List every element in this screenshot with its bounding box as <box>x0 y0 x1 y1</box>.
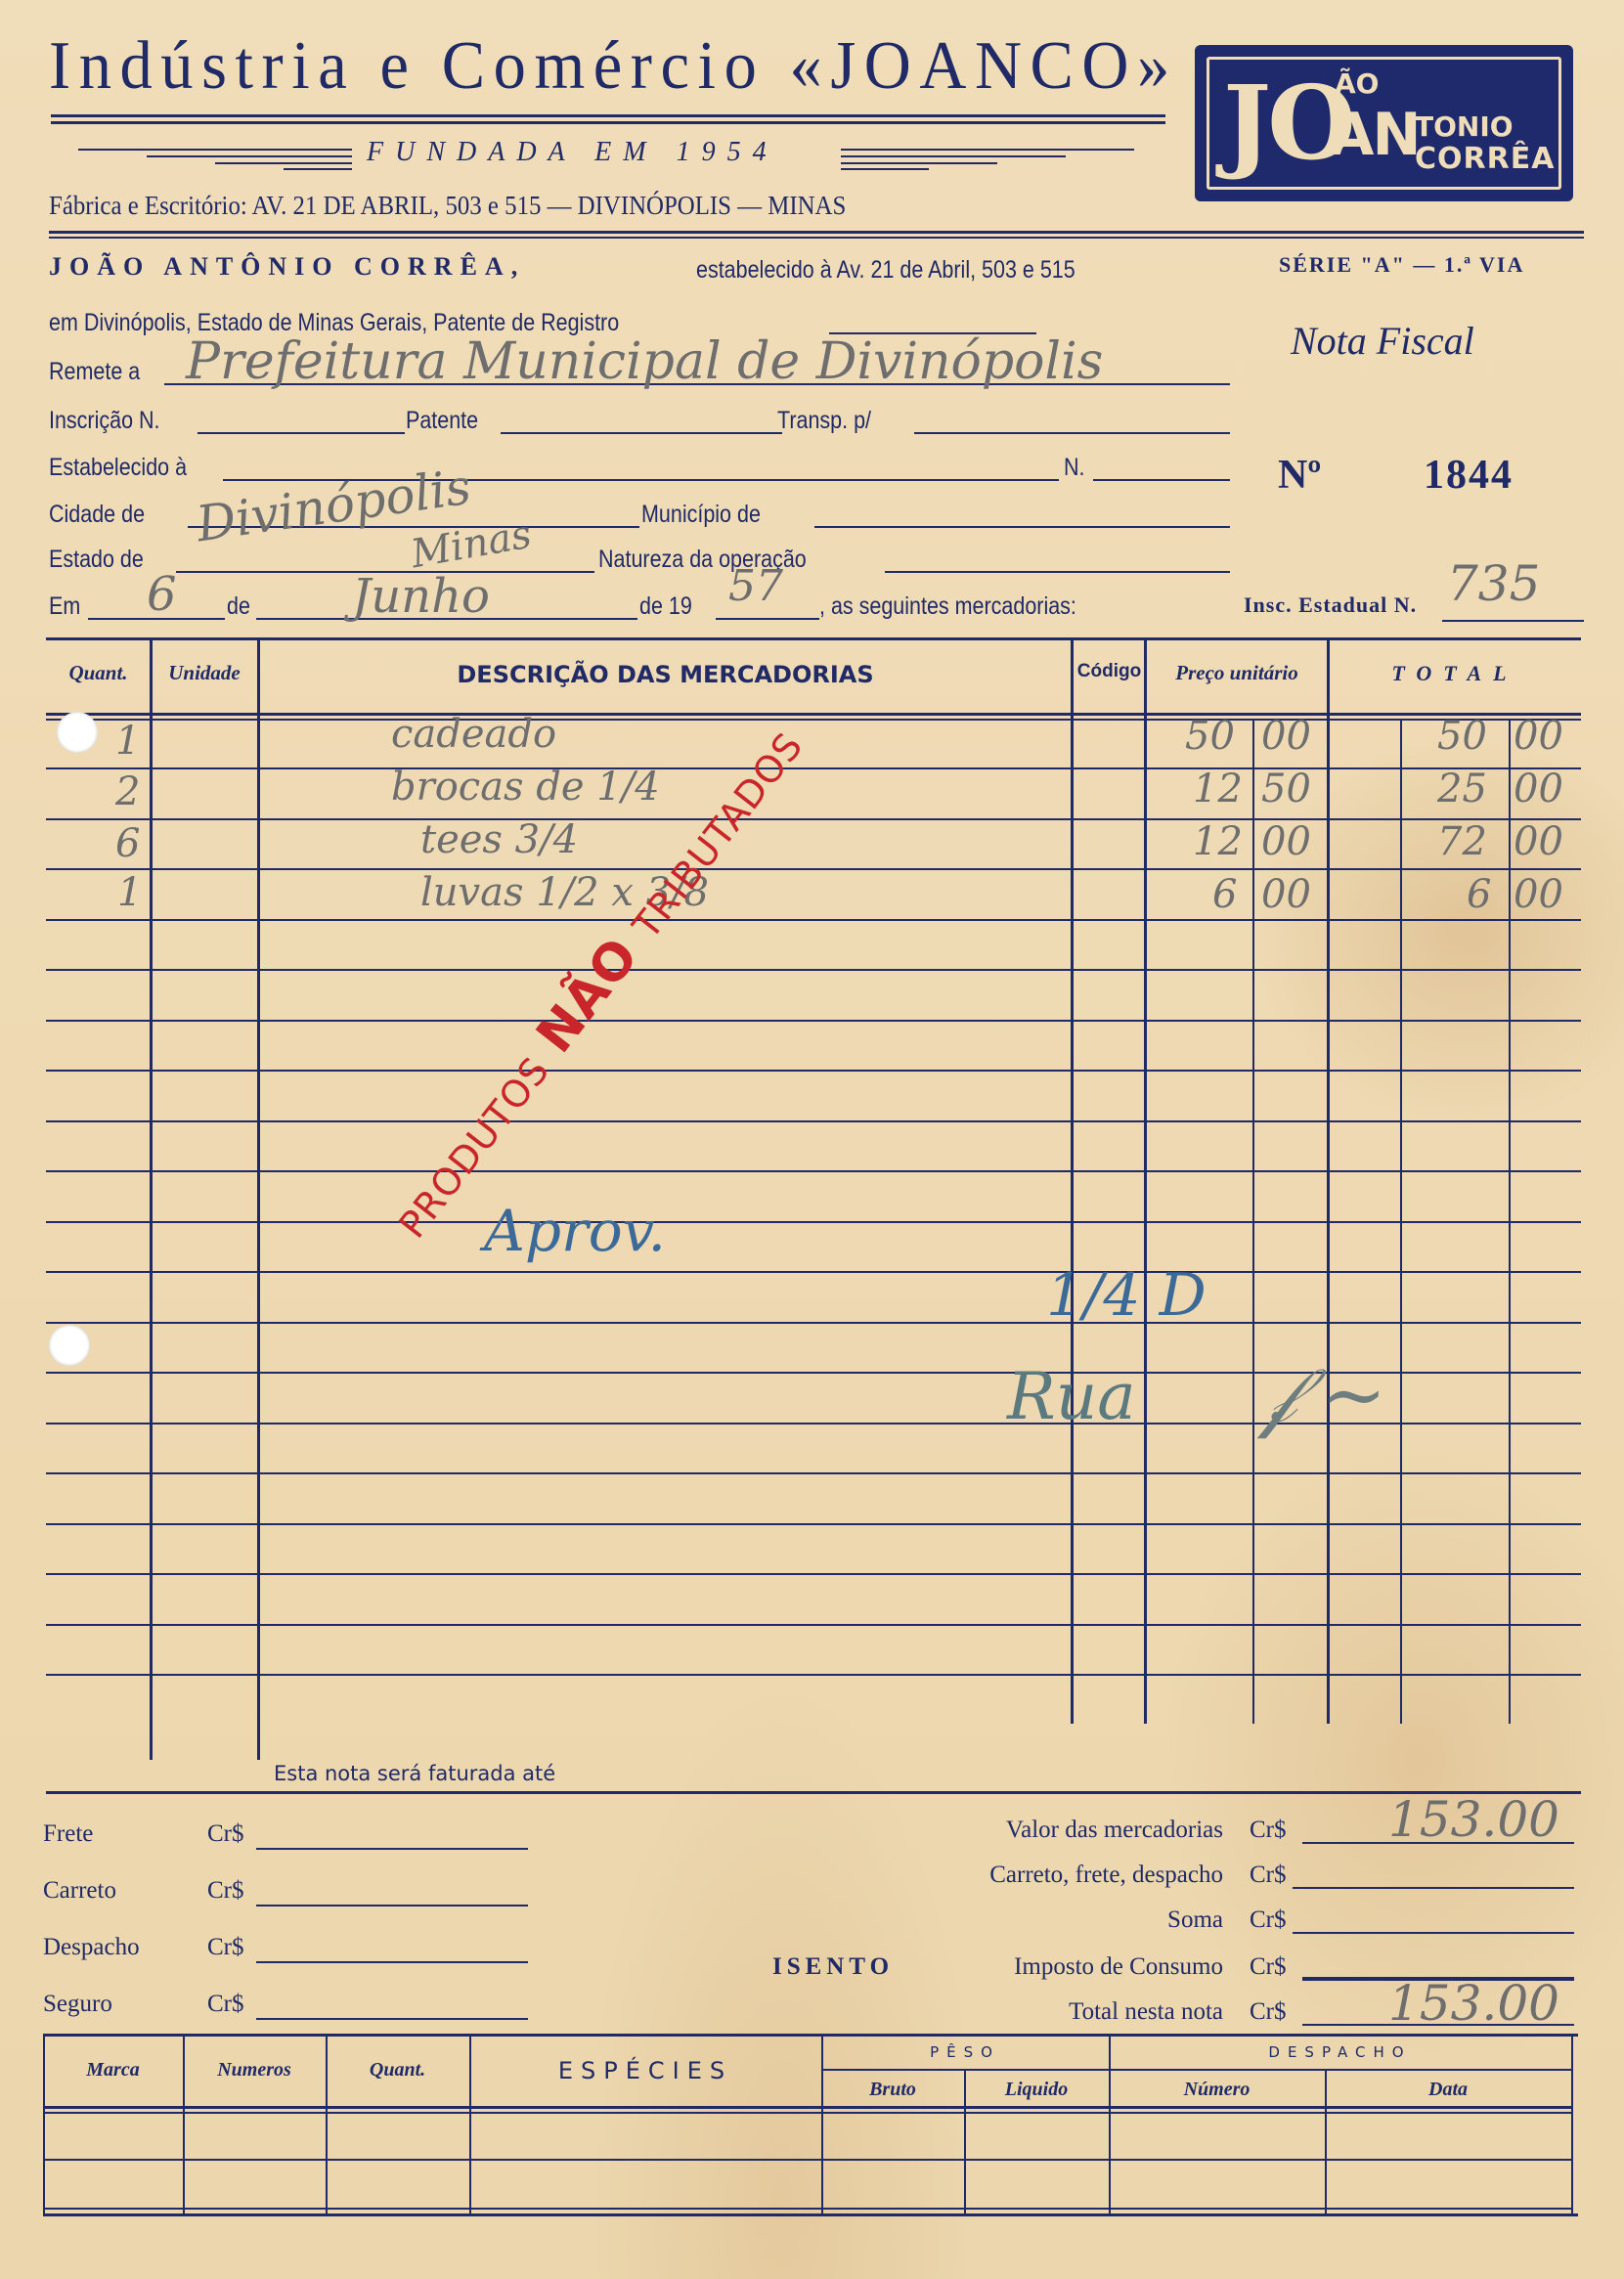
table-row-line <box>46 1472 1581 1474</box>
seguro-label: Seguro <box>43 1991 112 2018</box>
col-divider <box>1144 640 1147 1724</box>
signature: Rua <box>1007 1359 1136 1434</box>
title-rule-top <box>51 114 1165 117</box>
issuer-line1: estabelecido à Av. 21 de Abril, 503 e 51… <box>696 256 1075 285</box>
row2-preco-int: 12 <box>1193 767 1243 811</box>
row3-quant: 6 <box>115 821 140 866</box>
row1-total-int: 50 <box>1437 714 1487 759</box>
municipio-label: Município de <box>641 501 761 529</box>
em-label: Em <box>49 592 80 621</box>
faturada-note: Esta nota será faturada até <box>274 1762 555 1785</box>
address-rule <box>49 231 1584 234</box>
row2-total-cents: 00 <box>1514 767 1563 811</box>
peso-sub-rule <box>823 2069 1109 2071</box>
col-quant: Quant. <box>46 661 151 685</box>
ship-col-data: Data <box>1325 2079 1571 2101</box>
de-label: de <box>227 592 250 621</box>
despacho-field[interactable] <box>256 1961 528 1963</box>
invoice-number: 1844 <box>1424 452 1514 499</box>
signature-flourish: 𝒻 ∼ <box>1261 1349 1386 1441</box>
table-row-line <box>46 969 1581 971</box>
shipping-row-rule <box>43 2208 1573 2210</box>
carreto-field[interactable] <box>256 1905 528 1906</box>
col-unidade: Unidade <box>151 661 258 685</box>
seguintes-label: , as seguintes mercadorias: <box>819 592 1076 621</box>
col-divider <box>1327 640 1330 1724</box>
isento-label: ISENTO <box>772 1953 894 1981</box>
fundada-rule <box>215 162 352 164</box>
row1-preco-int: 50 <box>1185 714 1235 759</box>
day-value: 6 <box>147 567 177 622</box>
estado-value: Minas <box>408 512 535 578</box>
company-address: Fábrica e Escritório: AV. 21 DE ABRIL, 5… <box>49 191 846 221</box>
row4-quant: 1 <box>117 870 142 915</box>
logo-correa: CORRÊA <box>1415 142 1555 176</box>
issuer-name: JOÃO ANTÔNIO CORRÊA, <box>49 252 525 282</box>
municipio-field[interactable] <box>814 526 1230 528</box>
table-bottom-rule <box>46 1791 1581 1794</box>
table-row-line <box>46 1070 1581 1072</box>
founded-text: FUNDADA EM 1954 <box>367 137 778 168</box>
table-row-line <box>46 767 1581 769</box>
transp-field[interactable] <box>914 432 1230 434</box>
table-header-rule <box>46 719 1581 721</box>
n-label: N. <box>1064 454 1085 482</box>
table-row-line <box>46 1523 1581 1525</box>
remete-value: Prefeitura Municipal de Divinópolis <box>186 332 1103 391</box>
transp-label: Transp. p/ <box>777 407 871 435</box>
row2-total-int: 25 <box>1437 767 1487 811</box>
seguro-currency: Cr$ <box>207 1991 244 2018</box>
ship-col-marca: Marca <box>43 2059 183 2082</box>
col-divider <box>150 640 153 1760</box>
fundada-rule <box>284 168 352 170</box>
shipping-col-divider <box>1109 2036 1111 2215</box>
row3-preco-int: 12 <box>1193 819 1243 864</box>
address-rule <box>49 237 1584 239</box>
fundada-rule <box>841 162 997 164</box>
shipping-col-divider <box>1571 2036 1573 2215</box>
row4-preco-int: 6 <box>1212 872 1237 917</box>
soma-field[interactable] <box>1293 1932 1574 1934</box>
row4-total-cents: 00 <box>1514 872 1563 917</box>
table-row-line <box>46 1322 1581 1324</box>
col-divider <box>257 640 260 1760</box>
ship-col-peso: PÊSO <box>821 2043 1109 2061</box>
frete-label: Frete <box>43 1820 93 1848</box>
row3-total-cents: 00 <box>1514 819 1563 864</box>
shipping-col-divider <box>821 2036 823 2215</box>
shipping-top-rule <box>43 2034 1578 2037</box>
ship-col-quant: Quant. <box>326 2059 469 2082</box>
total-nota-value: 153.00 <box>1388 1975 1559 2032</box>
year-value: 57 <box>728 561 783 611</box>
title-rule-bottom <box>51 121 1165 124</box>
ship-col-numeros: Numeros <box>183 2059 326 2082</box>
blue-ink-note: Aprov. <box>484 1198 666 1264</box>
valor-value: 153.00 <box>1388 1791 1559 1848</box>
row1-quant: 1 <box>115 719 140 764</box>
shipping-header-rule <box>43 2106 1573 2109</box>
year-field[interactable] <box>716 618 819 620</box>
col-codigo: Código <box>1073 661 1146 682</box>
company-logo: JO ÃO AN TONIO CORRÊA <box>1195 45 1573 201</box>
table-row-line <box>46 1020 1581 1022</box>
estabelecido-label: Estabelecido à <box>49 454 187 482</box>
imposto-label: Imposto de Consumo <box>1014 1953 1223 1981</box>
carreto-frete-field[interactable] <box>1293 1887 1574 1889</box>
number-label: Nº <box>1278 452 1321 499</box>
ship-col-numero: Número <box>1109 2079 1325 2101</box>
ship-col-despacho: DESPACHO <box>1109 2043 1571 2061</box>
serie-via: SÉRIE "A" — 1.ª VIA <box>1279 252 1524 278</box>
patente-field[interactable] <box>501 432 782 434</box>
valor-currency: Cr$ <box>1250 1817 1287 1844</box>
total-nota-label: Total nesta nota <box>1069 1998 1223 2026</box>
logo-tonio: TONIO <box>1415 110 1514 143</box>
table-row-line <box>46 1170 1581 1172</box>
table-row-line <box>46 1120 1581 1122</box>
insc-estadual-field[interactable] <box>1442 620 1584 622</box>
row3-total-int: 72 <box>1437 819 1487 864</box>
carreto-frete-currency: Cr$ <box>1250 1862 1287 1889</box>
fundada-rule <box>147 155 352 157</box>
row2-quant: 2 <box>115 769 140 814</box>
stamp-mid: NÃO <box>525 927 650 1064</box>
fundada-rule <box>841 168 929 170</box>
ship-col-especies: ESPÉCIES <box>469 2057 821 2084</box>
col-total: TOTAL <box>1328 661 1582 686</box>
row4-total-int: 6 <box>1467 872 1491 917</box>
n-field[interactable] <box>1093 479 1230 481</box>
month-value: Junho <box>352 569 490 624</box>
soma-currency: Cr$ <box>1250 1906 1287 1934</box>
despacho-currency: Cr$ <box>207 1934 244 1961</box>
inscricao-label: Inscrição N. <box>49 407 160 435</box>
frete-field[interactable] <box>256 1848 528 1850</box>
fundada-rule <box>841 149 1134 151</box>
row1-preco-cents: 00 <box>1261 714 1311 759</box>
cidade-label: Cidade de <box>49 501 145 529</box>
table-row-line <box>46 818 1581 820</box>
de19-label: de 19 <box>639 592 692 621</box>
frete-currency: Cr$ <box>207 1820 244 1848</box>
row1-descricao: cadeado <box>391 712 556 757</box>
shipping-bottom-rule <box>43 2213 1578 2216</box>
seguro-field[interactable] <box>256 2018 528 2020</box>
shipping-row-rule <box>43 2159 1573 2161</box>
row4-preco-cents: 00 <box>1261 872 1311 917</box>
natureza-field[interactable] <box>885 571 1230 573</box>
table-row-line <box>46 1221 1581 1223</box>
logo-ao: ÃO <box>1335 67 1379 100</box>
stamp-right: TRIBUTADOS <box>625 724 812 946</box>
carreto-frete-label: Carreto, frete, despacho <box>989 1862 1223 1889</box>
col-descricao: DESCRIÇÃO DAS MERCADORIAS <box>258 661 1073 688</box>
insc-estadual-label: Insc. Estadual N. <box>1244 592 1417 618</box>
table-header-rule <box>46 713 1581 716</box>
company-title: Indústria e Comércio «JOANCO» <box>49 27 1178 106</box>
table-top-rule <box>46 637 1581 640</box>
total-nota-currency: Cr$ <box>1250 1998 1287 2026</box>
imposto-currency: Cr$ <box>1250 1953 1287 1981</box>
table-row-line <box>46 1573 1581 1575</box>
signature-initials: 1/4 D <box>1046 1261 1207 1330</box>
shipping-header-rule <box>43 2112 1573 2114</box>
table-row-line <box>46 1271 1581 1273</box>
table-row-line <box>46 919 1581 921</box>
soma-label: Soma <box>1167 1906 1223 1934</box>
logo-an: AN <box>1329 101 1420 169</box>
fundada-rule <box>841 155 1066 157</box>
estado-label: Estado de <box>49 546 144 574</box>
row3-descricao: tees 3/4 <box>420 817 578 862</box>
ship-col-bruto: Bruto <box>821 2079 964 2101</box>
despacho-sub-rule <box>1111 2069 1573 2071</box>
remete-label: Remete a <box>49 358 140 386</box>
col-preco: Preço unitário <box>1146 661 1328 685</box>
fundada-rule <box>78 149 352 151</box>
row2-preco-cents: 50 <box>1261 767 1311 811</box>
insc-estadual-value: 735 <box>1447 555 1540 612</box>
ship-col-liquido: Liquido <box>964 2079 1109 2101</box>
row2-descricao: brocas de 1/4 <box>391 765 660 810</box>
table-row-line <box>46 868 1581 870</box>
document-type: Nota Fiscal <box>1291 318 1474 364</box>
table-row-line <box>46 1624 1581 1626</box>
punch-hole <box>57 712 98 753</box>
table-row-line <box>46 1674 1581 1676</box>
inscricao-field[interactable] <box>198 432 405 434</box>
valor-label: Valor das mercadorias <box>1006 1817 1223 1844</box>
despacho-label: Despacho <box>43 1934 140 1961</box>
carreto-currency: Cr$ <box>207 1877 244 1905</box>
carreto-label: Carreto <box>43 1877 116 1905</box>
row1-total-cents: 00 <box>1514 714 1563 759</box>
punch-hole <box>49 1325 90 1366</box>
row3-preco-cents: 00 <box>1261 819 1311 864</box>
patente-label: Patente <box>406 407 478 435</box>
col-divider <box>1071 640 1074 1724</box>
